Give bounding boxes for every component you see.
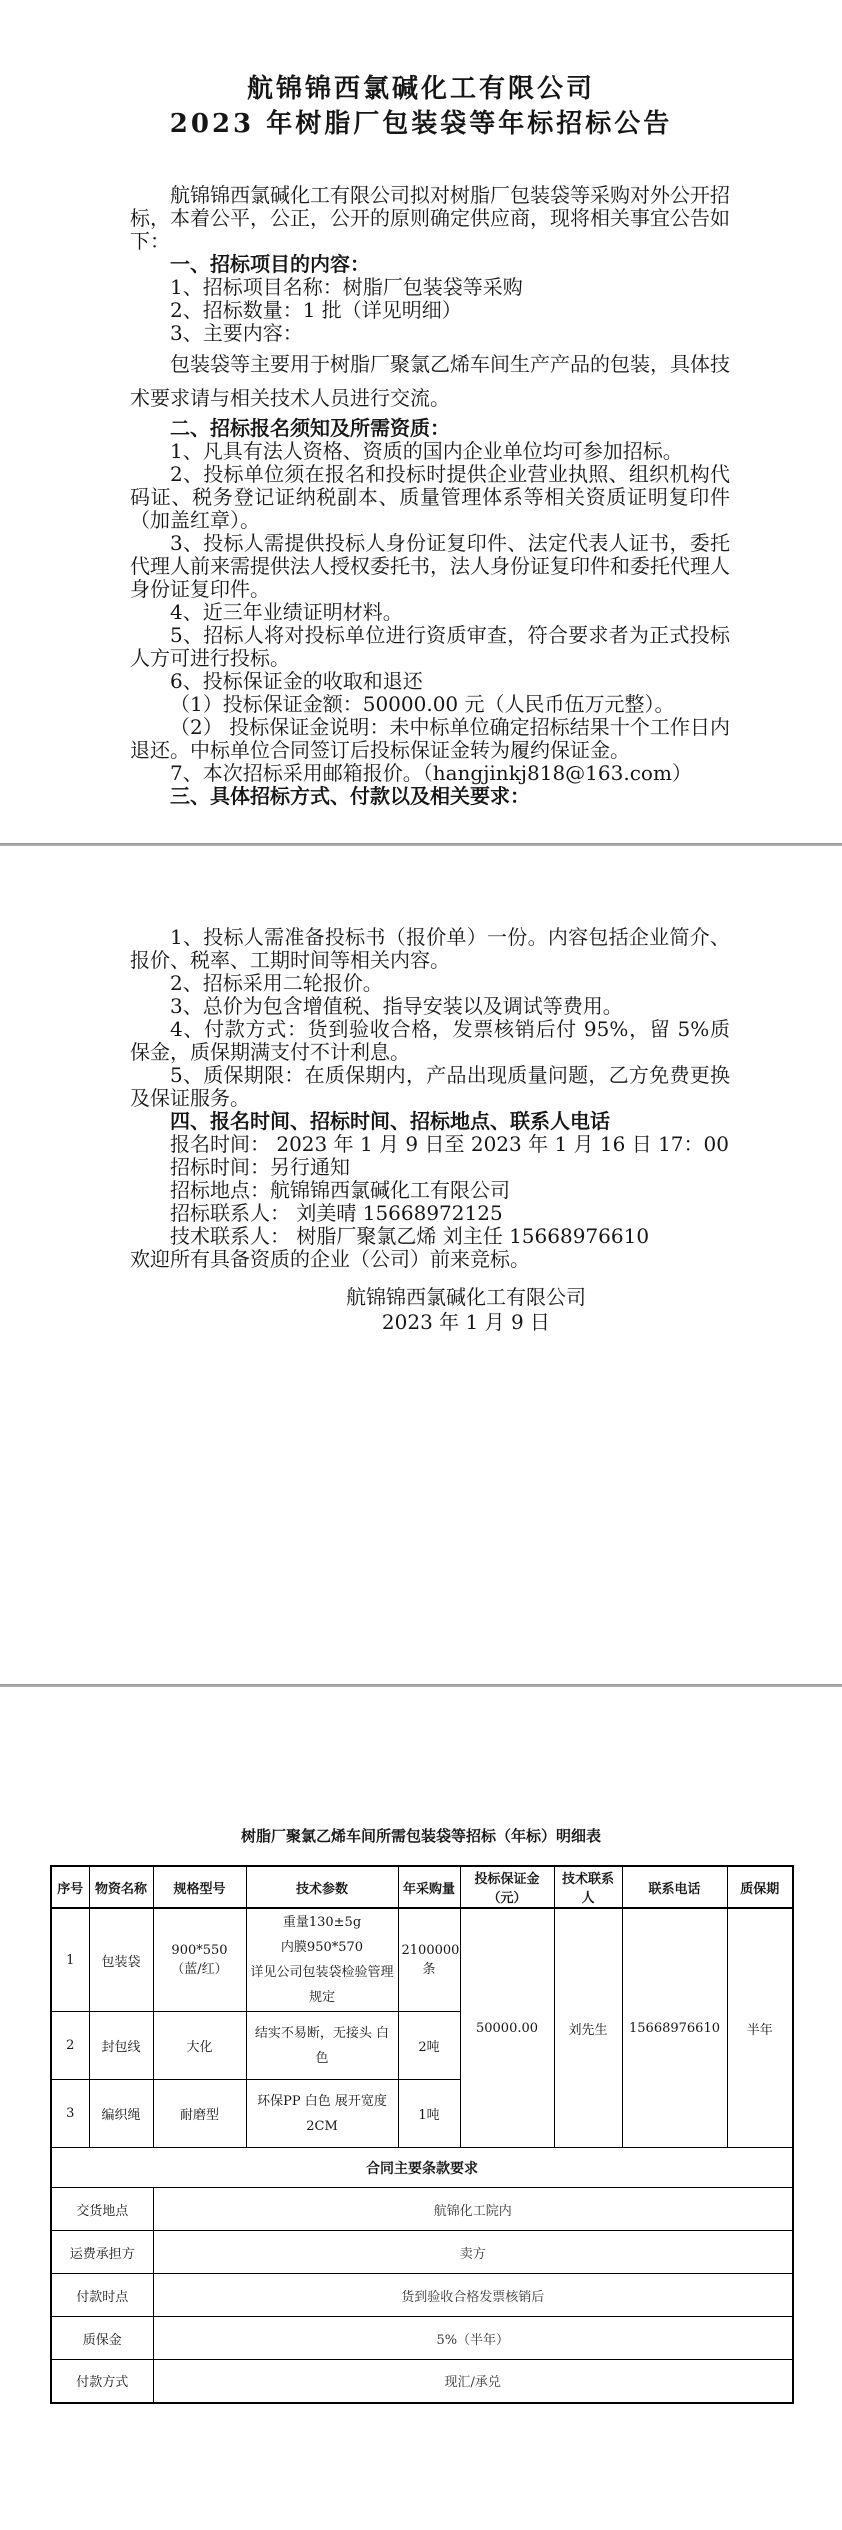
- item-tech-params: 重量130±5g内膜950*570详见公司包装袋检验管理规定: [246, 1908, 398, 2012]
- paragraph: 包装袋等主要用于树脂厂聚氯乙烯车间生产产品的包装，具体技术要求请与相关技术人员进…: [130, 347, 730, 415]
- contract-term-row: 付款时点货到验收合格发票核销后: [51, 2274, 793, 2317]
- detail-table-title: 树脂厂聚氯乙烯车间所需包装袋等招标（年标）明细表: [0, 1825, 842, 1847]
- signature-company: 航锦锦西氯碱化工有限公司: [345, 1285, 587, 1310]
- page-3: 树脂厂聚氯乙烯车间所需包装袋等招标（年标）明细表 序号物资名称规格型号技术参数年…: [0, 1687, 842, 2530]
- tech-line: 详见公司包装袋检验管理规定: [250, 1960, 395, 2010]
- item-name: 包装袋: [89, 1908, 153, 2012]
- item-no: 2: [51, 2012, 89, 2080]
- paragraph: 4、付款方式：货到验收合格，发票核销后付 95%，留 5%质保金，质保期满支付不…: [130, 1018, 730, 1064]
- term-value: 航锦化工院内: [153, 2188, 793, 2231]
- item-annual-qty: 1吨: [398, 2080, 460, 2148]
- term-value: 货到验收合格发票核销后: [153, 2274, 793, 2317]
- paragraph: 欢迎所有具备资质的企业（公司）前来竞标。: [130, 1248, 730, 1271]
- paragraph: 3、总价为包含增值税、指导安装以及调试等费用。: [130, 995, 730, 1018]
- tech-contact: 刘先生: [554, 1908, 622, 2148]
- paragraph: （1）投标保证金额：50000.00 元（人民币伍万元整）。: [130, 693, 730, 716]
- item-spec: 大化: [153, 2012, 246, 2080]
- paragraph: 1、招标项目名称：树脂厂包装袋等采购: [130, 276, 730, 299]
- paragraph: 5、质保期限：在质保期内，产品出现质量问题，乙方免费更换及保证服务。: [130, 1064, 730, 1110]
- term-label: 交货地点: [51, 2188, 153, 2231]
- term-label: 质保金: [51, 2317, 153, 2360]
- contract-term-row: 付款方式现汇/承兑: [51, 2360, 793, 2403]
- item-annual-qty: 2100000条: [398, 1908, 460, 2012]
- paragraph: 7、本次招标采用邮箱报价。（hangjinkj818@163.com）: [130, 762, 730, 785]
- column-header: 序号: [51, 1866, 89, 1908]
- paragraph: 2、投标单位须在报名和投标时提供企业营业执照、组织机构代码证、税务登记证纳税副本…: [130, 463, 730, 532]
- page-2: 1、投标人需准备投标书（报价单）一份。内容包括企业简介、报价、税率、工期时间等相…: [0, 846, 842, 1684]
- column-header: 联系电话: [622, 1866, 727, 1908]
- item-row: 1包装袋900*550（蓝/红）重量130±5g内膜950*570详见公司包装袋…: [51, 1908, 793, 2012]
- detail-table: 序号物资名称规格型号技术参数年采购量投标保证金（元）技术联系人联系电话质保期1包…: [50, 1865, 794, 2404]
- term-value: 卖方: [153, 2231, 793, 2274]
- paragraph: 4、近三年业绩证明材料。: [130, 601, 730, 624]
- paragraph: 5、招标人将对投标单位进行资质审查，符合要求者为正式投标人方可进行投标。: [130, 624, 730, 670]
- term-label: 付款时点: [51, 2274, 153, 2317]
- paragraph: 1、投标人需准备投标书（报价单）一份。内容包括企业简介、报价、税率、工期时间等相…: [130, 926, 730, 972]
- paragraph: 招标联系人： 刘美晴 15668972125: [130, 1202, 730, 1225]
- column-header: 年采购量: [398, 1866, 460, 1908]
- item-name: 编织绳: [89, 2080, 153, 2148]
- item-tech-params: 结实不易断，无接头 白色: [246, 2012, 398, 2080]
- section-heading: 三、具体招标方式、付款以及相关要求：: [130, 785, 730, 808]
- paragraph: 技术联系人： 树脂厂聚氯乙烯 刘主任 15668976610: [130, 1225, 730, 1248]
- item-tech-params: 环保PP 白色 展开宽度2CM: [246, 2080, 398, 2148]
- bid-deposit: 50000.00: [460, 1908, 554, 2148]
- page2-body: 1、投标人需准备投标书（报价单）一份。内容包括企业简介、报价、税率、工期时间等相…: [130, 926, 730, 1271]
- section-heading: 二、招标报名须知及所需资质：: [130, 417, 730, 440]
- tech-line: 环保PP 白色 展开宽度2CM: [250, 2089, 395, 2139]
- paragraph: 3、投标人需提供投标人身份证复印件、法定代表人证书，委托代理人前来需提供法人授权…: [130, 532, 730, 601]
- contract-term-row: 交货地点航锦化工院内: [51, 2188, 793, 2231]
- column-header: 质保期: [727, 1866, 793, 1908]
- column-header: 技术联系人: [554, 1866, 622, 1908]
- signature-date: 2023 年 1 月 9 日: [345, 1310, 587, 1335]
- paragraph: 报名时间： 2023 年 1 月 9 日至 2023 年 1 月 16 日 17…: [130, 1133, 730, 1156]
- item-spec: 900*550（蓝/红）: [153, 1908, 246, 2012]
- tech-line: 内膜950*570: [250, 1935, 395, 1960]
- item-no: 1: [51, 1908, 89, 2012]
- paragraph: 2、招标采用二轮报价。: [130, 972, 730, 995]
- paragraph: 1、凡具有法人资格、资质的国内企业单位均可参加招标。: [130, 440, 730, 463]
- column-header: 物资名称: [89, 1866, 153, 1908]
- column-header: 投标保证金（元）: [460, 1866, 554, 1908]
- section-heading: 一、招标项目的内容：: [130, 253, 730, 276]
- paragraph: 3、主要内容：: [130, 322, 730, 345]
- document-title-line2: 2023 年树脂厂包装袋等年标招标公告: [0, 107, 842, 142]
- page1-body: 航锦锦西氯碱化工有限公司拟对树脂厂包装袋等采购对外公开招标，本着公平，公正，公开…: [130, 184, 730, 808]
- term-label: 付款方式: [51, 2360, 153, 2403]
- item-name: 封包线: [89, 2012, 153, 2080]
- contract-term-row: 质保金5%（半年）: [51, 2317, 793, 2360]
- item-no: 3: [51, 2080, 89, 2148]
- section-heading: 四、报名时间、招标时间、招标地点、联系人电话: [130, 1110, 730, 1133]
- item-annual-qty: 2吨: [398, 2012, 460, 2080]
- document-title-line1: 航锦锦西氯碱化工有限公司: [0, 72, 842, 107]
- signature-block: 航锦锦西氯碱化工有限公司 2023 年 1 月 9 日: [345, 1285, 587, 1335]
- item-spec: 耐磨型: [153, 2080, 246, 2148]
- column-header: 规格型号: [153, 1866, 246, 1908]
- contract-terms-header: 合同主要条款要求: [51, 2148, 793, 2188]
- table-header-row: 序号物资名称规格型号技术参数年采购量投标保证金（元）技术联系人联系电话质保期: [51, 1866, 793, 1908]
- tech-line: 结实不易断，无接头 白色: [250, 2021, 395, 2071]
- warranty-period: 半年: [727, 1908, 793, 2148]
- contract-terms-header-row: 合同主要条款要求: [51, 2148, 793, 2188]
- term-label: 运费承担方: [51, 2231, 153, 2274]
- column-header: 技术参数: [246, 1866, 398, 1908]
- tech-line: 重量130±5g: [250, 1910, 395, 1935]
- term-value: 现汇/承兑: [153, 2360, 793, 2403]
- contract-term-row: 运费承担方卖方: [51, 2231, 793, 2274]
- term-value: 5%（半年）: [153, 2317, 793, 2360]
- contact-phone: 15668976610: [622, 1908, 727, 2148]
- paragraph: 2、招标数量：1 批（详见明细）: [130, 299, 730, 322]
- paragraph: 航锦锦西氯碱化工有限公司拟对树脂厂包装袋等采购对外公开招标，本着公平，公正，公开…: [130, 184, 730, 253]
- paragraph: （2） 投标保证金说明：未中标单位确定招标结果十个工作日内退还。中标单位合同签订…: [130, 716, 730, 762]
- paragraph: 6、投标保证金的收取和退还: [130, 670, 730, 693]
- paragraph: 招标地点：航锦锦西氯碱化工有限公司: [130, 1179, 730, 1202]
- paragraph: 招标时间：另行通知: [130, 1156, 730, 1179]
- page-1: 航锦锦西氯碱化工有限公司 2023 年树脂厂包装袋等年标招标公告 航锦锦西氯碱化…: [0, 0, 842, 843]
